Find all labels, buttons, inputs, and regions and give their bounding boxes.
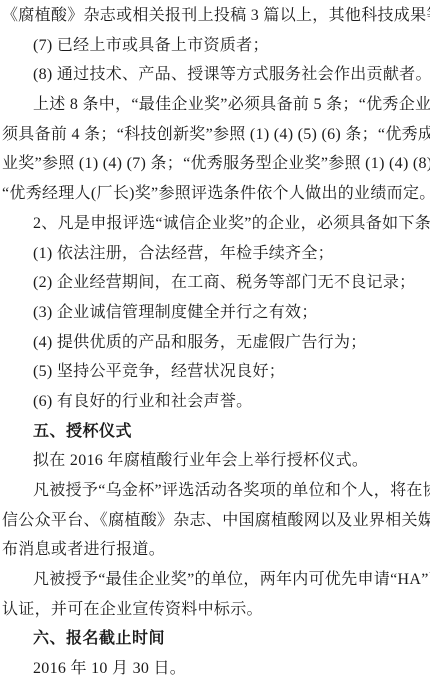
- text-line: (4) 提供优质的产品和服务，无虚假广告行为；: [2, 328, 430, 358]
- text-line: (6) 有良好的行业和社会声誉。: [2, 387, 430, 417]
- section-heading: 五、授杯仪式: [2, 417, 430, 447]
- text-line: 须具备前 4 条；“科技创新奖”参照 (1) (4) (5) (6) 条；“优秀…: [2, 120, 430, 150]
- text-line: (2) 企业经营期间，在工商、税务等部门无不良记录；: [2, 268, 430, 298]
- text-line: (1) 依法注册，合法经营，年检手续齐全；: [2, 239, 430, 269]
- text-line: 业奖”参照 (1) (4) (7) 条；“优秀服务型企业奖”参照 (1) (4)…: [2, 149, 430, 179]
- document-page: 《腐植酸》杂志或相关报刊上投稿 3 篇以上，其他科技成果等；(7) 已经上市或具…: [0, 0, 430, 688]
- text-line: 布消息或者进行报道。: [2, 535, 430, 565]
- section-heading: 六、报名截止时间: [2, 624, 430, 654]
- text-line: (8) 通过技术、产品、授课等方式服务社会作出贡献者。: [2, 60, 430, 90]
- text-line: 信公众平台、《腐植酸》杂志、中国腐植酸网以及业界相关媒体上发: [2, 506, 430, 536]
- text-line: (7) 已经上市或具备上市资质者；: [2, 31, 430, 61]
- text-line: 凡被授予“最佳企业奖”的单位，两年内可优先申请“HA”商标: [2, 565, 430, 595]
- text-line: 凡被授予“乌金杯”评选活动各奖项的单位和个人，将在协会微: [2, 476, 430, 506]
- text-line: (3) 企业诚信管理制度健全并行之有效；: [2, 298, 430, 328]
- text-line: 拟在 2016 年腐植酸行业年会上举行授杯仪式。: [2, 446, 430, 476]
- text-line: 上述 8 条中，“最佳企业奖”必须具备前 5 条；“优秀企业奖”必: [2, 90, 430, 120]
- text-line: 2、凡是申报评选“诚信企业奖”的企业，必须具备如下条件:: [2, 209, 430, 239]
- text-line: (5) 坚持公平竞争，经营状况良好；: [2, 357, 430, 387]
- text-line: 2016 年 10 月 30 日。: [2, 654, 430, 684]
- text-line: “优秀经理人(厂长)奖”参照评选条件依个人做出的业绩而定。: [2, 179, 430, 209]
- text-line: 认证，并可在企业宣传资料中标示。: [2, 595, 430, 625]
- text-line: 《腐植酸》杂志或相关报刊上投稿 3 篇以上，其他科技成果等；: [2, 1, 430, 31]
